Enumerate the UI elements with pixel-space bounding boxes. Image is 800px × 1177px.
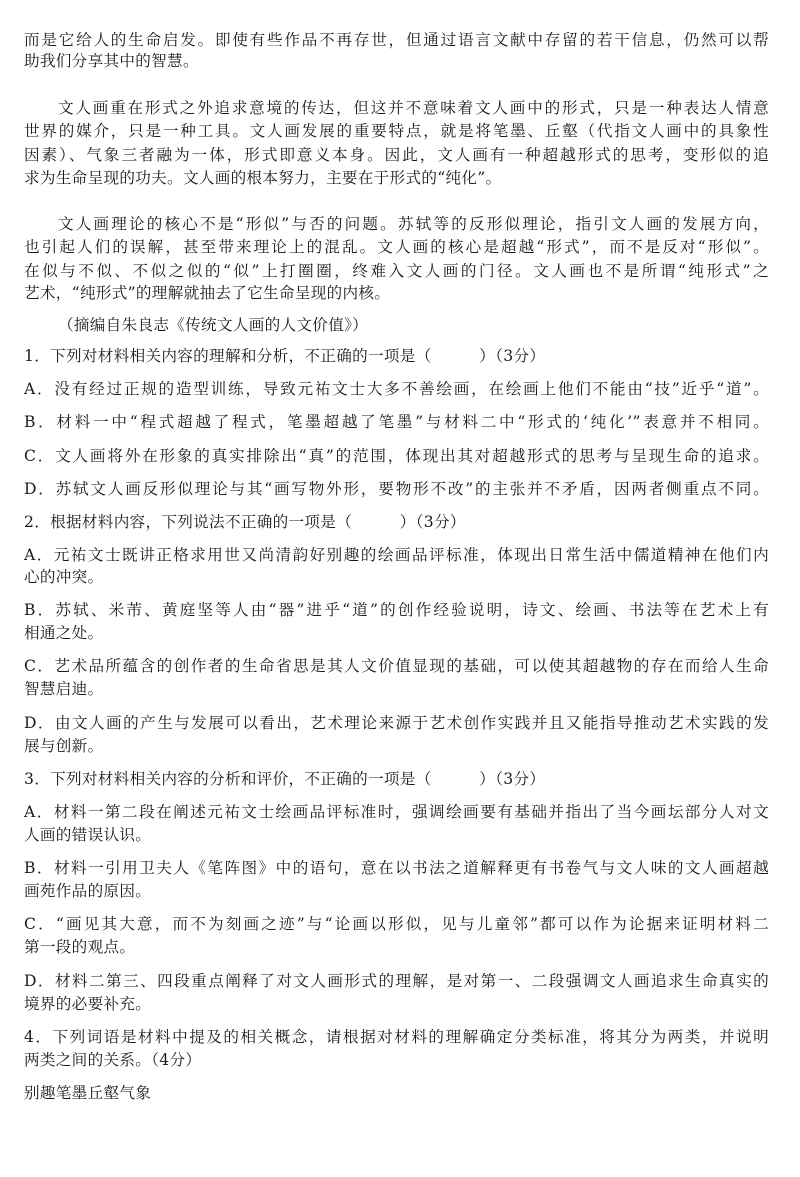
passage-p3-line4: 艺术，“纯形式”的理解就抽去了它生命呈现的内核。 xyxy=(24,282,769,304)
passage-p3-line2: 也引起人们的误解，甚至带来理论上的混乱。文人画的核心是超越“形式”，而不是反对“… xyxy=(24,236,769,258)
question-2-option-b-line2: 相通之处。 xyxy=(24,622,769,644)
question-2-option-c-line1: C．艺术品所蕴含的创作者的生命省思是其人文价值显现的基础，可以使其超越物的存在而… xyxy=(24,655,769,677)
passage-p1-line2: 助我们分享其中的智慧。 xyxy=(24,50,769,72)
passage-p2-line2: 世界的媒介，只是一种工具。文人画发展的重要特点，就是将笔墨、丘壑（代指文人画中的… xyxy=(24,120,769,142)
question-1-option-d: D．苏轼文人画反形似理论与其“画写物外形，要物形不改”的主张并不矛盾，因两者侧重… xyxy=(24,478,769,500)
question-2-option-a-line2: 心的冲突。 xyxy=(24,566,769,588)
question-3-option-b-line1: B．材料一引用卫夫人《笔阵图》中的语句，意在以书法之道解释更有书卷气与文人味的文… xyxy=(24,857,769,879)
question-4-stem-line1: 4．下列词语是材料中提及的相关概念，请根据对材料的理解确定分类标准，将其分为两类… xyxy=(24,1026,769,1048)
question-3-option-d-line2: 境界的必要补充。 xyxy=(24,993,769,1015)
question-1-option-b: B．材料一中“程式超越了程式，笔墨超越了笔墨”与材料二中“形式的‘纯化’”表意并… xyxy=(24,411,769,433)
question-3-option-b-line2: 画苑作品的原因。 xyxy=(24,880,769,902)
question-3-option-c-line1: C．“画见其大意，而不为刻画之迹”与“论画以形似，见与儿童邻”都可以作为论据来证… xyxy=(24,913,769,935)
question-3-option-c-line2: 第一段的观点。 xyxy=(24,936,769,958)
question-1-option-a: A．没有经过正规的造型训练，导致元祐文士大多不善绘画，在绘画上他们不能由“技”近… xyxy=(24,378,769,400)
passage-p1-line1: 而是它给人的生命启发。即使有些作品不再存世，但通过语言文献中存留的若干信息，仍然… xyxy=(24,29,769,51)
passage-p3-line3: 在似与不似、不似之似的“似”上打圈圈，终难入文人画的门径。文人画也不是所谓“纯形… xyxy=(24,260,769,282)
question-1-stem: 1．下列对材料相关内容的理解和分析，不正确的一项是（ ）（3分） xyxy=(24,345,769,367)
passage-p2-line3: 因素）、气象三者融为一体，形式即意义本身。因此，文人画有一种超越形式的思考，变形… xyxy=(24,144,769,166)
question-2-option-c-line2: 智慧启迪。 xyxy=(24,678,769,700)
question-3-option-a-line2: 人画的错误认识。 xyxy=(24,824,769,846)
passage-p2-line4: 求为生命呈现的功夫。文人画的根本努力，主要在于形式的“纯化”。 xyxy=(24,167,769,189)
question-2-stem: 2．根据材料内容，下列说法不正确的一项是（ ）（3分） xyxy=(24,511,769,533)
question-2-option-a-line1: A．元祐文士既讲正格求用世又尚清韵好别趣的绘画品评标准，体现出日常生活中儒道精神… xyxy=(24,544,769,566)
question-4-stem-line2: 两类之间的关系。（4分） xyxy=(24,1049,769,1071)
question-3-stem: 3．下列对材料相关内容的分析和评价，不正确的一项是（ ）（3分） xyxy=(24,768,769,790)
question-2-option-d-line1: D．由文人画的产生与发展可以看出，艺术理论来源于艺术创作实践并且又能指导推动艺术… xyxy=(24,712,769,734)
passage-p3-line1: 文人画理论的核心不是“形似”与否的问题。苏轼等的反形似理论，指引文人画的发展方向… xyxy=(58,213,769,235)
question-2-option-d-line2: 展与创新。 xyxy=(24,735,769,757)
question-2-option-b-line1: B．苏轼、米芾、黄庭坚等人由“器”进乎“道”的创作经验说明，诗文、绘画、书法等在… xyxy=(24,599,769,621)
passage-p2-line1: 文人画重在形式之外追求意境的传达，但这并不意味着文人画中的形式，只是一种表达人情… xyxy=(58,97,769,119)
passage-citation: （摘编自朱良志《传统文人画的人文价值》） xyxy=(58,314,658,336)
exam-page: 而是它给人的生命启发。即使有些作品不再存世，但通过语言文献中存留的若干信息，仍然… xyxy=(0,0,800,1177)
question-3-option-a-line1: A．材料一第二段在阐述元祐文士绘画品评标准时，强调绘画要有基础并指出了当今画坛部… xyxy=(24,801,769,823)
question-4-terms: 别趣笔墨丘壑气象 xyxy=(24,1082,769,1104)
question-3-option-d-line1: D．材料二第三、四段重点阐释了对文人画形式的理解，是对第一、二段强调文人画追求生… xyxy=(24,970,769,992)
question-1-option-c: C．文人画将外在形象的真实排除出“真”的范围，体现出其对超越形式的思考与呈现生命… xyxy=(24,445,769,467)
